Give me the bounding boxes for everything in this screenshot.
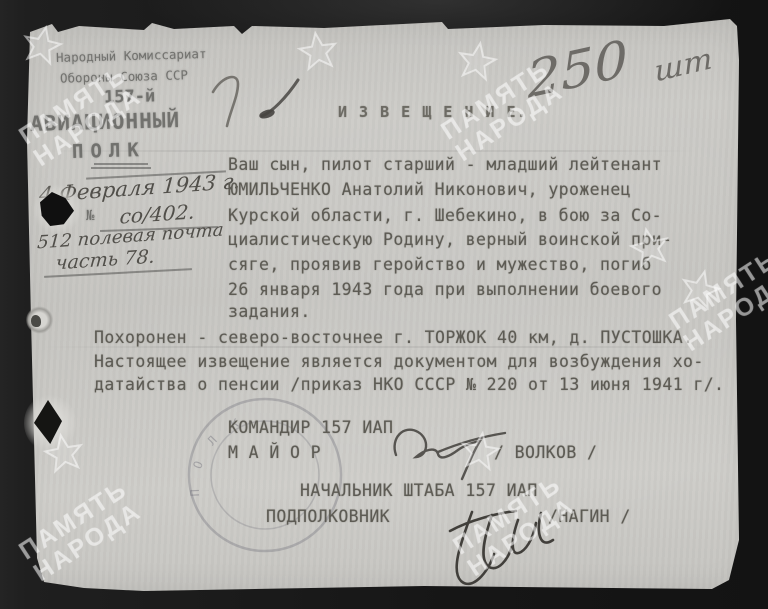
commander-rank: М А Й О Р bbox=[228, 443, 321, 462]
body-line: Настоящее извещение является документом … bbox=[94, 352, 704, 371]
document-scan: П О Л К Народный Комиссариат Обороны Сою… bbox=[0, 0, 768, 609]
body-line: датайства о пенсии /приказ НКО СССР № 22… bbox=[94, 375, 724, 394]
letterhead-rule bbox=[91, 167, 151, 169]
body-line: ЮМИЛЬЧЕНКО Анатолий Никонович, уроженец bbox=[228, 180, 631, 199]
document-title: И З В Е Щ Е Н И Е. bbox=[338, 103, 528, 121]
letterhead-regiment-number: 157-й bbox=[104, 86, 156, 107]
commander-title: КОМАНДИР 157 ИАП bbox=[228, 418, 393, 437]
chief-rank: ПОДПОЛКОВНИК bbox=[266, 507, 390, 526]
body-line: задания. bbox=[228, 302, 311, 321]
chief-name: /НАГИН / bbox=[548, 507, 631, 526]
body-line: сяге, проявив геройство и мужество, поги… bbox=[228, 255, 652, 274]
body-line: Курской области, г. Шебекино, в бою за С… bbox=[228, 206, 662, 225]
body-line: Ваш сын, пилот старший - младший лейтена… bbox=[228, 155, 662, 174]
letterhead-polk-line: ПОЛК bbox=[72, 139, 146, 163]
punch-hole-shadow bbox=[31, 315, 41, 327]
body-line: Похоронен - северо-восточнее г. ТОРЖОК 4… bbox=[94, 328, 693, 347]
chief-title: НАЧАЛЬНИК ШТАБА 157 ИАП bbox=[300, 481, 538, 500]
body-line: циалистическую Родину, верный воинской п… bbox=[228, 230, 672, 249]
letterhead-rule bbox=[94, 163, 148, 165]
body-line: 26 января 1943 года при выполнении боево… bbox=[228, 280, 662, 299]
commander-name: / ВОЛКОВ / bbox=[494, 443, 597, 462]
number-sign: № bbox=[86, 208, 95, 224]
letterhead-aviation-line: АВИАЦИОННЫЙ bbox=[30, 108, 181, 136]
